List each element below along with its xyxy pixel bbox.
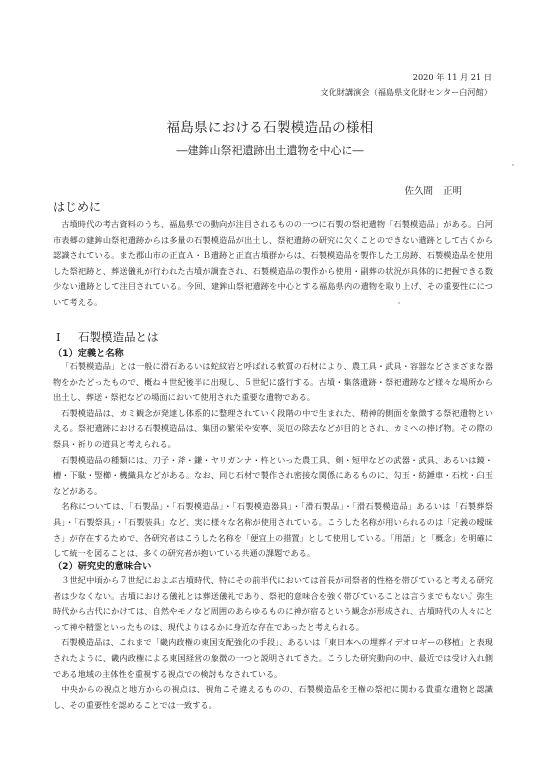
author-name: 佐久間正明 — [394, 183, 462, 197]
scan-speck — [398, 302, 400, 304]
paragraph: 名称については、「石製品」・「石製模造品」・「石製模造器具」・「滑石製品」・「滑… — [53, 499, 493, 561]
document-title: 福島県における石製模造品の様相 — [0, 116, 540, 136]
paragraph: 中央からの視点と地方からの視点は、視角こそ違えるものの、石製模造品を王権の祭祀に… — [53, 682, 493, 713]
paragraph: 石製模造品の種類には、刀子・斧・鎌・ヤリガンナ・杵といった農工具、剣・短甲などの… — [53, 453, 493, 500]
subsection-body-definition: 「石製模造品」とは一般に滑石あるいは蛇紋岩と呼ばれる軟質の石材により、農工具・武… — [53, 359, 493, 562]
intro-body: 古墳時代の考古資料のうち、福島県での動向が注目されるものの一つに石製の祭祀遺物「… — [53, 217, 493, 311]
subsection-body-research-history: ３世紀中頃から７世紀におよぶ古墳時代、特にその前半代においては首長が司祭者的性格… — [53, 573, 493, 713]
document-subtitle: ―建鉾山祭祀遺跡出土遺物を中心に― — [0, 142, 540, 158]
scan-speck — [470, 592, 472, 594]
intro-heading: はじめに — [53, 198, 101, 215]
section-number: Ⅰ — [56, 330, 78, 344]
document-page: 2020 年 11 月 21 日 文化財講演会（福島県文化財センター白河館） 福… — [0, 0, 540, 764]
lecture-date: 2020 年 11 月 21 日 — [413, 72, 492, 83]
scan-speck — [512, 164, 514, 166]
paragraph: 石製模造品は、カミ観念が発達し体系的に整理されていく段階の中で生まれた、精神的側… — [53, 406, 493, 453]
section-title: 石製模造品とは — [78, 330, 159, 344]
intro-paragraph: 古墳時代の考古資料のうち、福島県での動向が注目されるものの一つに石製の祭祀遺物「… — [53, 217, 493, 311]
subsection-heading-research-history: （2）研究史的意味合い — [53, 558, 151, 572]
paragraph: ３世紀中頃から７世紀におよぶ古墳時代、特にその前半代においては首長が司祭者的性格… — [53, 573, 493, 635]
paragraph: 「石製模造品」とは一般に滑石あるいは蛇紋岩と呼ばれる軟質の石材により、農工具・武… — [53, 359, 493, 406]
section-heading: Ⅰ石製模造品とは — [56, 329, 159, 345]
subsection-heading-definition: （1）定義と名称 — [53, 345, 124, 359]
author-family-name: 佐久間 — [404, 186, 433, 197]
author-given-name: 正明 — [443, 186, 462, 197]
paragraph: 石製模造品は、これまで「畿内政権の東国支配強化の手段」、あるいは「東日本への埋葬… — [53, 635, 493, 682]
lecture-venue: 文化財講演会（福島県文化財センター白河館） — [320, 87, 492, 98]
